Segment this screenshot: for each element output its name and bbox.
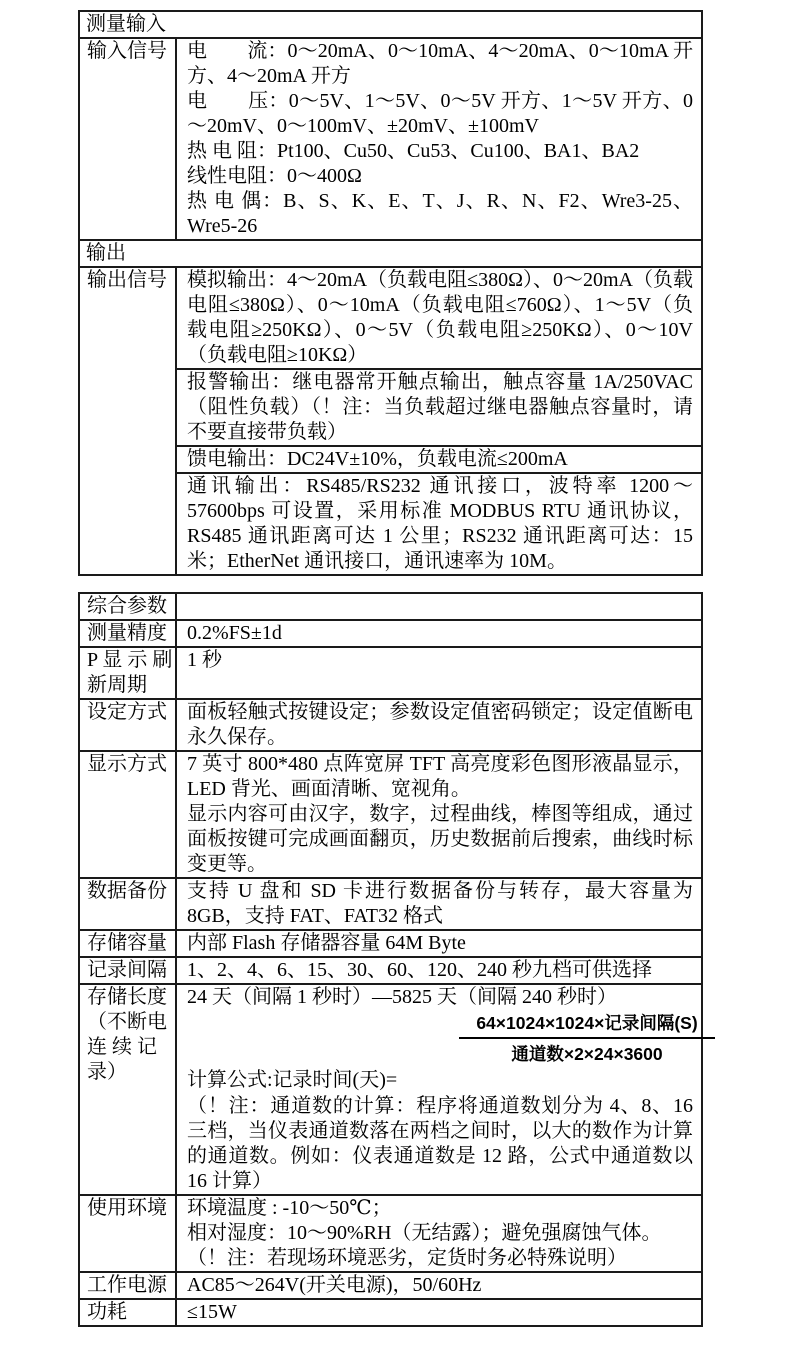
row-label-line: 设定方式	[87, 700, 171, 725]
formula-fraction: 64×1024×1024×记录间隔(S)通道数×2×24×3600	[459, 1011, 715, 1066]
row-label-line: 功耗	[87, 1300, 171, 1325]
content-sub-cell: AC85～264V(开关电源)，50/60Hz	[177, 1273, 701, 1298]
content-sub-cell: 环境温度 : -10～50℃；相对湿度：10～90%RH（无结露）；避免强腐蚀气…	[177, 1196, 701, 1271]
spec-sheet-page: 测量输入输入信号电 流：0～20mA、0～10mA、4～20mA、0～10mA …	[78, 10, 703, 1327]
content-sub-cell: 0.2%FS±1d	[177, 621, 701, 646]
spec-table-general-parameters: 综合参数测量精度0.2%FS±1dP 显 示 刷新周期1 秒设定方式面板轻触式按…	[78, 592, 703, 1327]
row-label: 输入信号	[80, 39, 177, 239]
table-gap	[78, 576, 703, 592]
spec-row: 功耗≤15W	[80, 1298, 701, 1325]
row-content	[177, 594, 701, 619]
row-content: 环境温度 : -10～50℃；相对湿度：10～90%RH（无结露）；避免强腐蚀气…	[177, 1196, 701, 1271]
row-content: 电 流：0～20mA、0～10mA、4～20mA、0～10mA 开方、4～20m…	[177, 39, 701, 239]
content-sub-cell: 面板轻触式按键设定；参数设定值密码锁定；设定值断电永久保存。	[177, 700, 701, 750]
content-paragraph: 热 电 偶：B、S、K、E、T、J、R、N、F2、Wre3-25、Wre5-26	[187, 189, 693, 239]
row-label-line: 综合参数	[87, 594, 171, 619]
content-paragraph: 相对湿度：10～90%RH（无结露）；避免强腐蚀气体。	[187, 1221, 693, 1246]
spec-row: 显示方式7 英寸 800*480 点阵宽屏 TFT 高亮度彩色图形液晶显示，LE…	[80, 750, 701, 877]
row-content: 支持 U 盘和 SD 卡进行数据备份与转存，最大容量为 8GB，支持 FAT、F…	[177, 879, 701, 929]
content-paragraph	[187, 594, 693, 619]
formula-denominator: 通道数×2×24×3600	[459, 1042, 715, 1066]
row-label-line: （不断电	[87, 1010, 171, 1035]
content-sub-cell: 1 秒	[177, 648, 701, 673]
row-label-line: 连 续 记	[87, 1035, 171, 1060]
content-paragraph: 通讯输出：RS485/RS232 通讯接口，波特率 1200～57600bps …	[187, 474, 693, 574]
spec-row: P 显 示 刷新周期1 秒	[80, 646, 701, 698]
content-sub-cell: 馈电输出：DC24V±10%，负载电流≤200mA	[177, 445, 701, 472]
content-sub-cell: 电 流：0～20mA、0～10mA、4～20mA、0～10mA 开方、4～20m…	[177, 39, 701, 239]
spec-row: 输入信号电 流：0～20mA、0～10mA、4～20mA、0～10mA 开方、4…	[80, 37, 701, 239]
row-content: 7 英寸 800*480 点阵宽屏 TFT 高亮度彩色图形液晶显示，LED 背光…	[177, 752, 701, 877]
section-header-row: 输出	[80, 239, 701, 266]
row-content: 内部 Flash 存储器容量 64M Byte	[177, 931, 701, 956]
spec-row: 存储容量内部 Flash 存储器容量 64M Byte	[80, 929, 701, 956]
row-label: 存储容量	[80, 931, 177, 956]
content-sub-cell: 1、2、4、6、15、30、60、120、240 秒九档可供选择	[177, 958, 701, 983]
record-time-formula: 64×1024×1024×记录间隔(S)通道数×2×24×3600计算公式:记录…	[187, 1010, 693, 1094]
content-paragraph: 内部 Flash 存储器容量 64M Byte	[187, 931, 693, 956]
formula-prefix: 计算公式:记录时间(天)=	[187, 1068, 397, 1093]
row-label-line: 数据备份	[87, 879, 171, 904]
content-sub-cell	[177, 594, 701, 619]
content-paragraph: 支持 U 盘和 SD 卡进行数据备份与转存，最大容量为 8GB，支持 FAT、F…	[187, 879, 693, 929]
content-paragraph: （！注：通道数的计算：程序将通道数划分为 4、8、16 三档，当仪表通道数落在两…	[187, 1094, 693, 1194]
content-paragraph: 显示内容可由汉字，数字，过程曲线，棒图等组成，通过面板按键可完成画面翻页，历史数…	[187, 802, 693, 877]
spec-row: 数据备份支持 U 盘和 SD 卡进行数据备份与转存，最大容量为 8GB，支持 F…	[80, 877, 701, 929]
row-label: 输出信号	[80, 268, 177, 574]
content-sub-cell: 通讯输出：RS485/RS232 通讯接口，波特率 1200～57600bps …	[177, 472, 701, 574]
spec-row: 输出信号模拟输出：4～20mA（负载电阻≤380Ω）、0～20mA（负载电阻≤3…	[80, 266, 701, 574]
row-label-line: 显示方式	[87, 752, 171, 777]
row-label: 显示方式	[80, 752, 177, 877]
row-label: 工作电源	[80, 1273, 177, 1298]
row-label: 功耗	[80, 1300, 177, 1325]
row-label: 设定方式	[80, 700, 177, 750]
row-label: P 显 示 刷新周期	[80, 648, 177, 698]
row-label-line: 输入信号	[87, 39, 171, 64]
section-title: 输出	[80, 241, 132, 266]
content-sub-cell: 报警输出：继电器常开触点输出，触点容量 1A/250VAC（阻性负载）（！注：当…	[177, 368, 701, 445]
spec-row: 设定方式面板轻触式按键设定；参数设定值密码锁定；设定值断电永久保存。	[80, 698, 701, 750]
content-paragraph: 馈电输出：DC24V±10%，负载电流≤200mA	[187, 447, 693, 472]
row-label-line: 使用环境	[87, 1196, 171, 1221]
row-label: 使用环境	[80, 1196, 177, 1271]
content-sub-cell: 7 英寸 800*480 点阵宽屏 TFT 高亮度彩色图形液晶显示，LED 背光…	[177, 752, 701, 877]
row-label: 存储长度（不断电连 续 记录）	[80, 985, 177, 1194]
row-label: 记录间隔	[80, 958, 177, 983]
row-content: 24 天（间隔 1 秒时）—5825 天（间隔 240 秒时）64×1024×1…	[177, 985, 701, 1194]
row-content: 0.2%FS±1d	[177, 621, 701, 646]
row-content: ≤15W	[177, 1300, 701, 1325]
formula-numerator: 64×1024×1024×记录间隔(S)	[459, 1011, 715, 1035]
spec-document: { "doc": { "background_color": "#ffffff"…	[0, 0, 790, 1364]
row-content: 1 秒	[177, 648, 701, 698]
row-label-line: 工作电源	[87, 1273, 171, 1298]
row-label-line: 记录间隔	[87, 958, 171, 983]
row-label: 数据备份	[80, 879, 177, 929]
spec-row: 记录间隔1、2、4、6、15、30、60、120、240 秒九档可供选择	[80, 956, 701, 983]
row-label-line: 新周期	[87, 673, 171, 698]
row-label-line: 输出信号	[87, 268, 171, 293]
content-paragraph: ≤15W	[187, 1300, 693, 1325]
section-title: 测量输入	[80, 12, 172, 37]
content-paragraph: 1 秒	[187, 648, 693, 673]
content-sub-cell: ≤15W	[177, 1300, 701, 1325]
row-content: 面板轻触式按键设定；参数设定值密码锁定；设定值断电永久保存。	[177, 700, 701, 750]
content-paragraph: （！注：若现场环境恶劣，定货时务必特殊说明）	[187, 1246, 693, 1271]
row-label: 综合参数	[80, 594, 177, 619]
row-label: 测量精度	[80, 621, 177, 646]
content-paragraph: 电 压：0～5V、1～5V、0～5V 开方、1～5V 开方、0～20mV、0～1…	[187, 89, 693, 139]
content-paragraph: 面板轻触式按键设定；参数设定值密码锁定；设定值断电永久保存。	[187, 700, 693, 750]
content-paragraph: 7 英寸 800*480 点阵宽屏 TFT 高亮度彩色图形液晶显示，LED 背光…	[187, 752, 693, 802]
content-sub-cell: 支持 U 盘和 SD 卡进行数据备份与转存，最大容量为 8GB，支持 FAT、F…	[177, 879, 701, 929]
spec-row: 综合参数	[80, 594, 701, 619]
content-paragraph: 线性电阻：0～400Ω	[187, 164, 693, 189]
content-paragraph: 0.2%FS±1d	[187, 621, 693, 646]
row-label-line: 存储容量	[87, 931, 171, 956]
content-paragraph: 1、2、4、6、15、30、60、120、240 秒九档可供选择	[187, 958, 693, 983]
content-sub-cell: 24 天（间隔 1 秒时）—5825 天（间隔 240 秒时）64×1024×1…	[177, 985, 701, 1194]
row-label-line: P 显 示 刷	[87, 648, 171, 673]
content-paragraph: 24 天（间隔 1 秒时）—5825 天（间隔 240 秒时）	[187, 985, 693, 1010]
spec-table-input-output: 测量输入输入信号电 流：0～20mA、0～10mA、4～20mA、0～10mA …	[78, 10, 703, 576]
spec-row: 测量精度0.2%FS±1d	[80, 619, 701, 646]
row-content: 1、2、4、6、15、30、60、120、240 秒九档可供选择	[177, 958, 701, 983]
row-label-line: 录）	[87, 1060, 171, 1085]
row-content: 模拟输出：4～20mA（负载电阻≤380Ω）、0～20mA（负载电阻≤380Ω）…	[177, 268, 701, 574]
content-sub-cell: 模拟输出：4～20mA（负载电阻≤380Ω）、0～20mA（负载电阻≤380Ω）…	[177, 268, 701, 368]
formula-divider-line	[459, 1037, 715, 1039]
section-header-row: 测量输入	[80, 12, 701, 37]
row-content: AC85～264V(开关电源)，50/60Hz	[177, 1273, 701, 1298]
content-paragraph: 报警输出：继电器常开触点输出，触点容量 1A/250VAC（阻性负载）（！注：当…	[187, 370, 693, 445]
content-paragraph: AC85～264V(开关电源)，50/60Hz	[187, 1273, 693, 1298]
spec-row: 工作电源AC85～264V(开关电源)，50/60Hz	[80, 1271, 701, 1298]
content-paragraph: 电 流：0～20mA、0～10mA、4～20mA、0～10mA 开方、4～20m…	[187, 39, 693, 89]
row-label-line: 测量精度	[87, 621, 171, 646]
content-sub-cell: 内部 Flash 存储器容量 64M Byte	[177, 931, 701, 956]
row-label-line: 存储长度	[87, 985, 171, 1010]
spec-row: 存储长度（不断电连 续 记录）24 天（间隔 1 秒时）—5825 天（间隔 2…	[80, 983, 701, 1194]
content-paragraph: 热 电 阻：Pt100、Cu50、Cu53、Cu100、BA1、BA2	[187, 139, 693, 164]
spec-row: 使用环境环境温度 : -10～50℃；相对湿度：10～90%RH（无结露）；避免…	[80, 1194, 701, 1271]
content-paragraph: 环境温度 : -10～50℃；	[187, 1196, 693, 1221]
content-paragraph: 模拟输出：4～20mA（负载电阻≤380Ω）、0～20mA（负载电阻≤380Ω）…	[187, 268, 693, 368]
